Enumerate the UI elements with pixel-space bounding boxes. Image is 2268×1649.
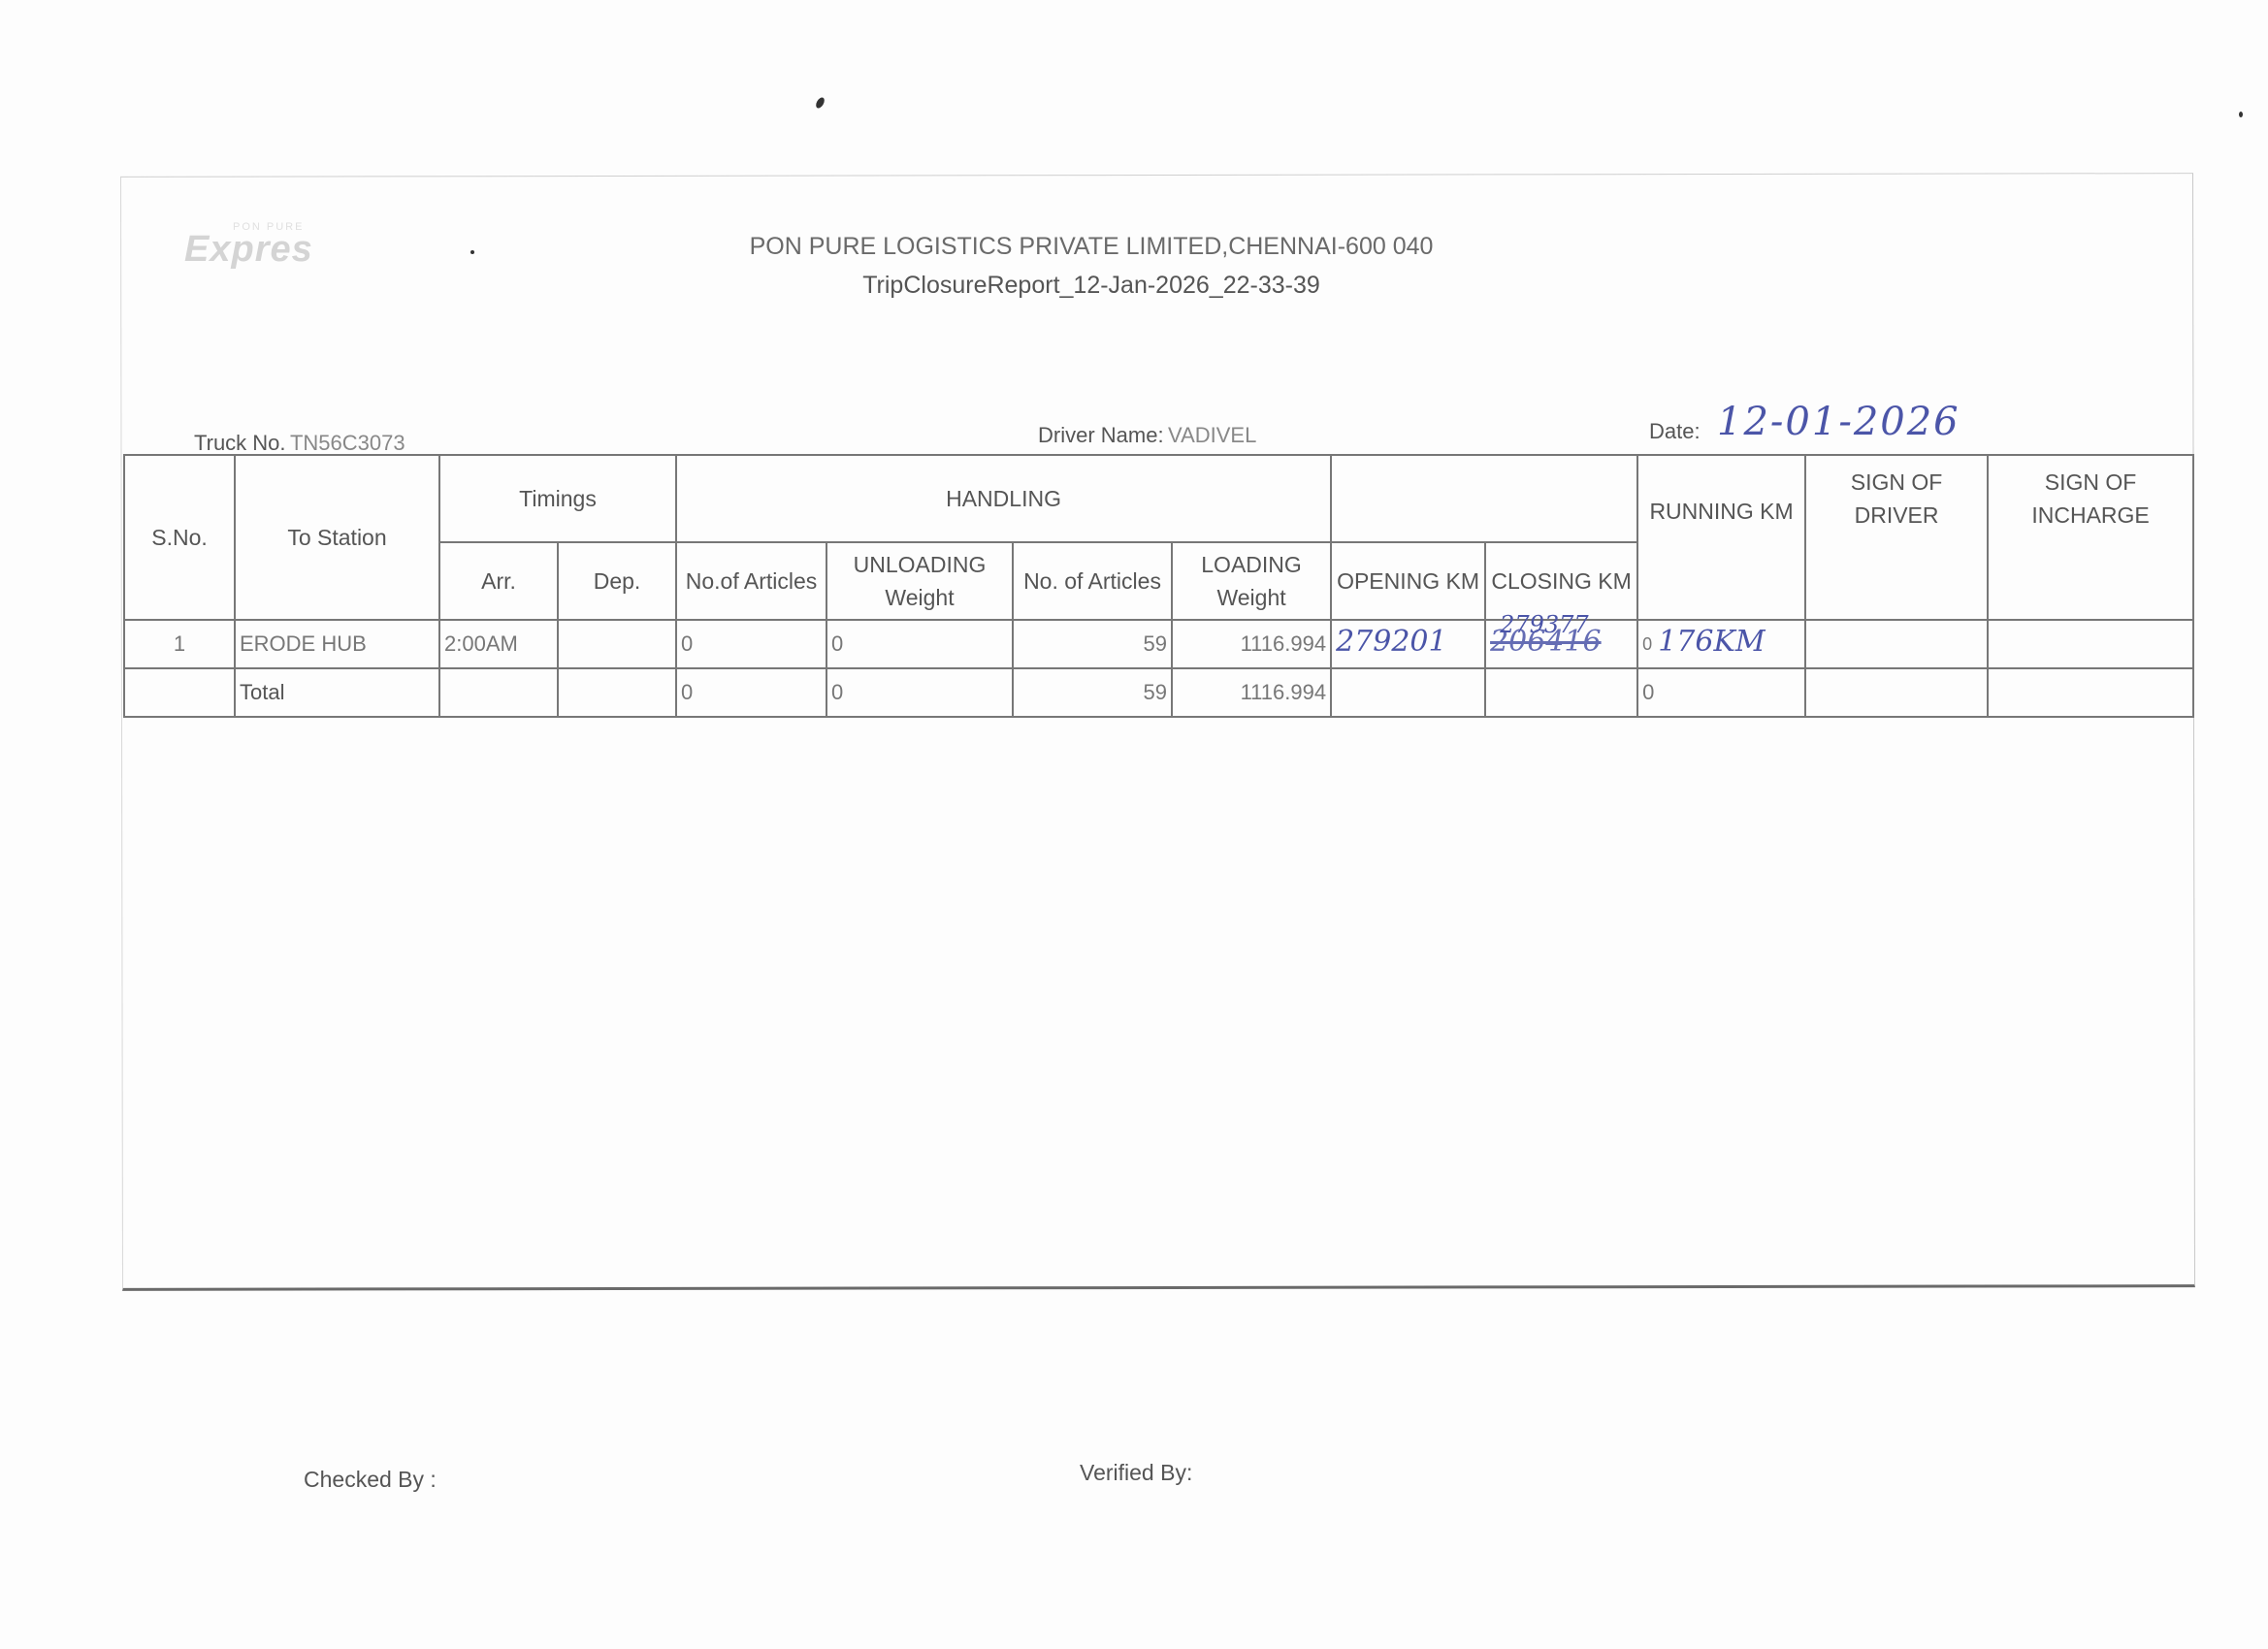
- header-load-weight: LOADING Weight: [1172, 542, 1331, 620]
- cell-unload-weight: 0: [826, 620, 1013, 668]
- header-unload-articles: No.of Articles: [676, 542, 826, 620]
- total-opening-km: [1331, 668, 1485, 717]
- scan-speck: [2239, 112, 2243, 117]
- report-frame: [120, 173, 2195, 1291]
- total-closing-km: [1485, 668, 1637, 717]
- header-opening-km: OPENING KM: [1331, 542, 1485, 620]
- cell-unload-articles: 0: [676, 620, 826, 668]
- total-unload-articles: 0: [676, 668, 826, 717]
- total-running-km: 0: [1637, 668, 1805, 717]
- header-sign-driver: SIGN OF DRIVER: [1805, 455, 1988, 620]
- total-unload-weight: 0: [826, 668, 1013, 717]
- table-row: 1 ERODE HUB 2:00AM 0 0 59 1116.994 27920…: [124, 620, 2193, 668]
- total-arr: [439, 668, 558, 717]
- cell-sign-driver: [1805, 620, 1988, 668]
- header-sign-incharge: SIGN OF INCHARGE: [1988, 455, 2193, 620]
- truck-label: Truck No.: [194, 431, 286, 455]
- cell-arr: 2:00AM: [439, 620, 558, 668]
- total-label: Total: [235, 668, 439, 717]
- header-timings: Timings: [439, 455, 676, 542]
- total-sign-incharge: [1988, 668, 2193, 717]
- total-sign-driver: [1805, 668, 1988, 717]
- cell-load-weight: 1116.994: [1172, 620, 1331, 668]
- total-dep: [558, 668, 676, 717]
- cell-running-km: 0 176KM: [1637, 620, 1805, 668]
- driver-name: Driver Name: VADIVEL: [1038, 423, 1256, 448]
- total-load-articles: 59: [1013, 668, 1172, 717]
- header-load-articles: No. of Articles: [1013, 542, 1172, 620]
- driver-label: Driver Name:: [1038, 423, 1164, 447]
- driver-value: VADIVEL: [1168, 423, 1256, 447]
- cell-sno: 1: [124, 620, 235, 668]
- scan-speck: [470, 250, 474, 254]
- trip-closure-table: S.No. To Station Timings HANDLING RUNNIN…: [123, 454, 2194, 718]
- total-sno: [124, 668, 235, 717]
- header-dep: Dep.: [558, 542, 676, 620]
- truck-number: Truck No. TN56C3073: [194, 431, 405, 456]
- closing-km-struck: 206416: [1490, 625, 1602, 659]
- header-to-station: To Station: [235, 455, 439, 620]
- header-arr: Arr.: [439, 542, 558, 620]
- header-running-km: RUNNING KM: [1637, 455, 1805, 620]
- total-row: Total 0 0 59 1116.994 0: [124, 668, 2193, 717]
- cell-sign-incharge: [1988, 620, 2193, 668]
- date-label: Date:: [1649, 419, 1701, 444]
- closing-km-wrap: 279377 206416: [1490, 628, 1602, 661]
- cell-dep: [558, 620, 676, 668]
- cell-opening-km: 279201: [1331, 620, 1485, 668]
- cell-load-articles: 59: [1013, 620, 1172, 668]
- header-km-group: [1331, 455, 1637, 542]
- scan-speck: [814, 96, 826, 110]
- checked-by-label: Checked By :: [304, 1467, 437, 1493]
- running-km-handwritten: 176KM: [1658, 625, 1765, 659]
- report-title: TripClosureReport_12-Jan-2026_22-33-39: [0, 272, 2183, 300]
- running-km-printed: 0: [1642, 634, 1652, 654]
- cell-to-station: ERODE HUB: [235, 620, 439, 668]
- company-name: PON PURE LOGISTICS PRIVATE LIMITED,CHENN…: [0, 233, 2183, 261]
- date-handwritten: 12-01-2026: [1717, 400, 1960, 444]
- total-load-weight: 1116.994: [1172, 668, 1331, 717]
- header-unload-weight: UNLOADING Weight: [826, 542, 1013, 620]
- cell-closing-km: 279377 206416: [1485, 620, 1637, 668]
- truck-value: TN56C3073: [290, 431, 405, 455]
- opening-km-handwritten: 279201: [1336, 625, 1447, 659]
- verified-by-label: Verified By:: [1080, 1460, 1192, 1486]
- header-sno: S.No.: [124, 455, 235, 620]
- header-handling: HANDLING: [676, 455, 1331, 542]
